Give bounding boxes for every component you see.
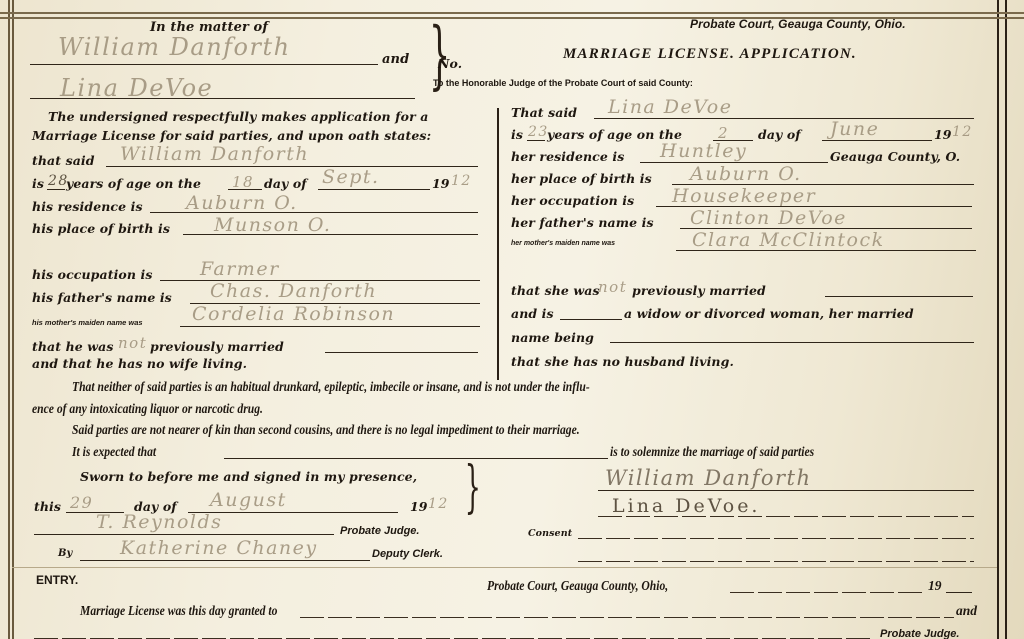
groom-that-said-label: that said [32,153,95,168]
left-border-inner [12,0,14,639]
by-label: By [58,548,72,559]
groom-day-of-label: day of [264,176,307,191]
bride-occupation: Housekeeper [672,185,816,207]
groom-year-prefix: 19 [432,176,450,191]
sworn-year-suffix: 12 [428,496,449,512]
document-title: MARRIAGE LICENSE. APPLICATION. [563,46,857,63]
bride-prev-value: not [598,278,627,296]
groom-name-line [30,64,378,65]
groom-birthplace: Munson O. [214,214,331,236]
bride-that-said-label: That said [511,105,577,120]
consent-line-2 [578,561,974,562]
consent-line-1 [578,538,974,539]
clerk-signature-line [80,560,370,561]
bride-age-line [527,140,545,141]
court-title: Probate Court, Geauga County, Ohio. [690,17,906,31]
groom-signature: William Danforth [605,466,812,490]
entry-judge-label: Probate Judge. [880,628,959,639]
entry-year-prefix: 19 [928,578,942,594]
bride-residence: Huntley [660,140,747,162]
entry-date-line [730,592,926,593]
bride-birth-month: June [830,118,879,140]
groom-prev-value: not [118,334,147,352]
bride-name-field: Lina DeVoe [608,96,732,118]
groom-birth-month: Sept. [322,166,380,188]
groom-residence: Auburn O. [186,192,298,214]
groom-years-label: years of age on the [66,176,201,191]
bride-name-line [30,98,415,99]
judge-signature: T. Reynolds [96,511,222,533]
entry-divider [12,567,997,568]
groom-prev-line [325,352,478,353]
groom-occupation-label: his occupation is [32,267,153,282]
bride-name-being-line [610,342,974,343]
sworn-this-label: this [34,499,61,514]
sworn-day: 29 [70,493,93,512]
bride-prev-label-b: previously married [632,283,766,298]
sworn-line: Sworn to before me and signed in my pres… [80,469,417,484]
groom-age-line [47,189,65,190]
groom-birthplace-label: his place of birth is [32,221,170,236]
intro-line-1: The undersigned respectfully makes appli… [48,109,428,124]
right-border-outer [997,0,999,639]
entry-and-label: and [956,603,977,619]
bride-year-prefix: 19 [934,127,952,142]
no-label: No. [438,56,462,71]
groom-birth-day: 18 [232,173,254,191]
groom-signature-line [598,490,974,491]
groom-occupation: Farmer [200,258,280,280]
groom-residence-label: his residence is [32,199,143,214]
intro-line-2: Marriage License for said parties, and u… [32,128,431,143]
bride-mother: Clara McClintock [692,229,885,251]
bride-widow-label-b: a widow or divorced woman, her married [624,306,914,321]
column-divider [497,108,499,380]
groom-name-header: William Danforth [58,33,291,61]
bride-father: Clinton DeVoe [690,207,847,229]
groom-mother-line [180,326,480,327]
and-label: and [382,52,409,67]
bride-father-label: her father's name is [511,215,654,230]
bride-county-suffix: Geauga County, O. [830,149,960,164]
groom-prev-label-a: that he was [32,339,113,354]
groom-prev-label-b: previously married [150,339,284,354]
groom-name-field-line [106,166,478,167]
expected-label-a: It is expected that [72,444,156,460]
bride-month-line [822,140,932,141]
groom-father-label: his father's name is [32,290,172,305]
sworn-brace: } [465,460,481,516]
bride-birthplace-label: her place of birth is [511,171,652,186]
bride-name-line-field [594,118,974,119]
groom-mother: Cordelia Robinson [192,303,395,325]
bride-birthplace: Auburn O. [690,163,802,185]
bride-mother-label: her mother's maiden name was [511,240,615,247]
consent-label: Consent [528,528,572,539]
groom-year-suffix: 12 [451,173,472,189]
bride-prev-label-a: that she was [511,283,600,298]
bride-prev-line [825,296,973,297]
sworn-year-prefix: 19 [410,499,428,514]
entry-year-line [946,592,972,593]
bride-widow-label-a: and is [511,306,554,321]
groom-name-field: William Danforth [120,143,309,165]
entry-court: Probate Court, Geauga County, Ohio, [487,578,668,594]
address-line: To the Honorable Judge of the Probate Co… [433,78,693,88]
clerk-label: Deputy Clerk. [372,548,443,560]
bride-age: 23 [528,124,549,140]
bride-residence-label: her residence is [511,149,624,164]
judge-signature-line [34,534,334,535]
groom-is-label: is [32,176,44,191]
entry-label: ENTRY. [36,573,78,587]
clerk-signature: Katherine Chaney [120,537,318,559]
bride-year-suffix: 12 [952,124,973,140]
judge-label: Probate Judge. [340,525,419,537]
bride-no-husband: that she has no husband living. [511,354,734,369]
bride-occupation-label: her occupation is [511,193,634,208]
officiant-line [224,458,608,459]
expected-label-b: is to solemnize the marriage of said par… [610,444,814,460]
bride-name-being-label: name being [511,330,594,345]
groom-no-wife: and that he has no wife living. [32,356,247,371]
top-border-1 [0,12,1024,14]
declaration-line-3: Said parties are not nearer of kin than … [72,422,580,438]
declaration-line-1: That neither of said parties is an habit… [72,379,590,395]
left-border-outer [8,0,10,639]
groom-father: Chas. Danforth [210,280,377,302]
bride-widow-line [560,319,622,320]
groom-mother-label: his mother's maiden name was [32,318,143,327]
entry-granted-label: Marriage License was this day granted to [80,603,277,619]
bride-day-of-label: day of [758,127,801,142]
right-border-inner [1005,0,1007,639]
sworn-month: August [210,489,287,511]
declaration-line-2: ence of any intoxicating liquor or narco… [32,401,263,417]
bride-signature: Lina DeVoe. [612,495,760,517]
groom-month-line [318,189,430,190]
bride-is-label: is [511,127,523,142]
entry-granted-line [300,617,954,618]
